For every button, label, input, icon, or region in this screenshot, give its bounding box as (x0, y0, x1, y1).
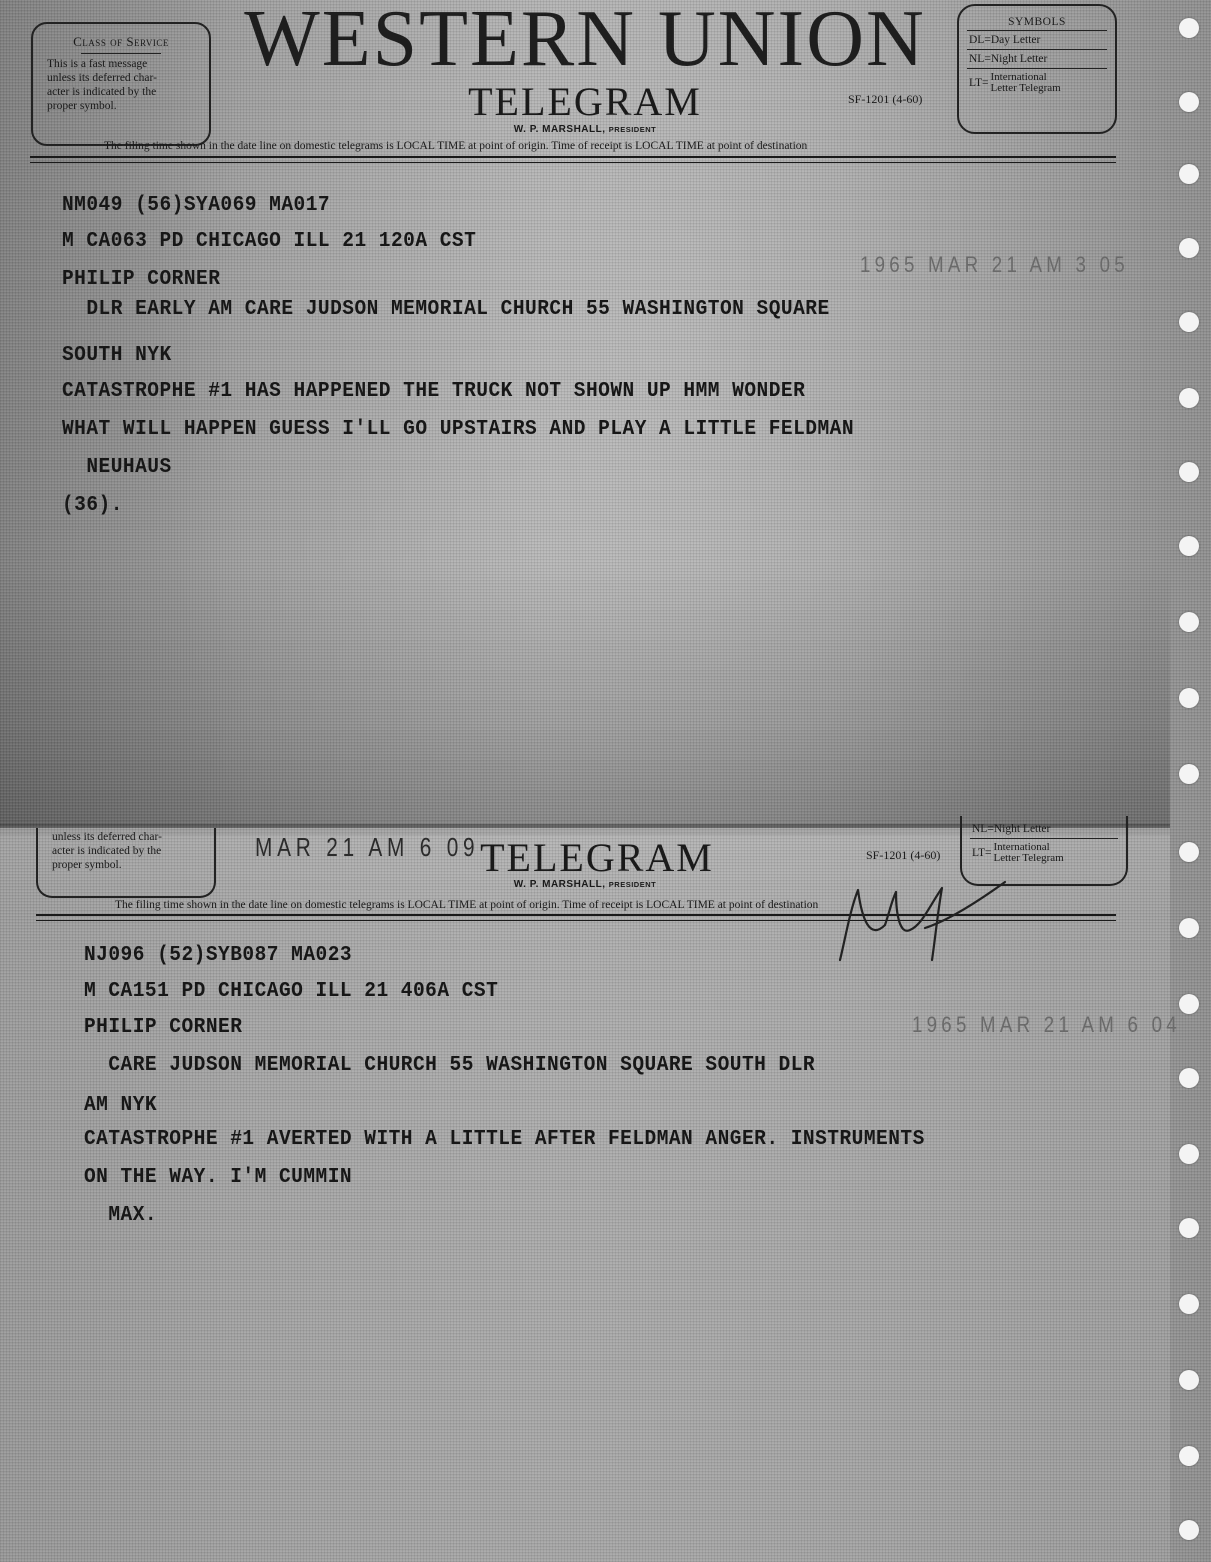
sprocket-hole-icon (1179, 688, 1199, 708)
message-line: NM049 (56)SYA069 MA017 (62, 194, 330, 217)
president-title: PRESIDENT (609, 125, 656, 134)
telegram-1-body: NM049 (56)SYA069 MA017 M CA063 PD CHICAG… (62, 194, 111, 447)
symbols-box-partial: NL=Night Letter LT= International Letter… (960, 816, 1128, 886)
message-line: CATASTROPHE #1 HAS HAPPENED THE TRUCK NO… (62, 380, 805, 403)
header-date-stamp: MAR 21 AM 6 09 (255, 832, 479, 863)
class-of-service-box: Class of Service This is a fast message … (31, 22, 211, 146)
cos-line: proper symbol. (47, 99, 195, 113)
symbol-lt: LT= International Letter Telegram (970, 839, 1118, 867)
receipt-stamp-2: 1965 MAR 21 AM 6 04 (912, 1012, 1181, 1038)
sprocket-hole-icon (1179, 1218, 1199, 1238)
symbol-meaning: Night Letter (991, 53, 1048, 65)
address-line: DLR EARLY AM CARE JUDSON MEMORIAL CHURCH… (62, 298, 830, 321)
sender-line: NEUHAUS (62, 456, 172, 479)
sprocket-hole-icon (1179, 1446, 1199, 1466)
president-title: PRESIDENT (609, 880, 656, 889)
message-line: NJ096 (52)SYB087 MA023 (84, 944, 352, 967)
filing-time-notice-2: The filing time shown in the date line o… (115, 899, 818, 911)
cos-line: acter is indicated by the (52, 844, 202, 858)
class-of-service-title: Class of Service (33, 34, 209, 50)
address-line: CARE JUDSON MEMORIAL CHURCH 55 WASHINGTO… (84, 1054, 815, 1077)
address-line: SOUTH NYK (62, 344, 172, 367)
address-line: AM NYK (84, 1094, 157, 1117)
symbol-meaning: International Letter Telegram (994, 842, 1064, 864)
president-name: W. P. MARSHALL, (514, 124, 606, 135)
symbol-code: NL (972, 823, 987, 835)
sprocket-hole-icon (1179, 764, 1199, 784)
telegram-2-body: NJ096 (52)SYB087 MA023 M CA151 PD CHICAG… (84, 944, 133, 1174)
message-line: WHAT WILL HAPPEN GUESS I'LL GO UPSTAIRS … (62, 418, 854, 441)
symbol-code: DL (969, 34, 984, 46)
fold-shadow (0, 560, 1170, 835)
symbol-nl: NL=Night Letter (970, 820, 1118, 839)
symbol-meaning: Day Letter (991, 34, 1041, 46)
sprocket-hole-icon (1179, 92, 1199, 112)
sprocket-hole-icon (1179, 462, 1199, 482)
cos-line: unless its deferred char- (47, 71, 195, 85)
handwritten-initials-icon (830, 880, 1030, 970)
president-name: W. P. MARSHALL, (514, 879, 606, 890)
sprocket-hole-icon (1179, 994, 1199, 1014)
symbol-meaning: International Letter Telegram (991, 72, 1061, 94)
sprocket-hole-icon (1179, 536, 1199, 556)
cos-line: unless its deferred char- (52, 830, 202, 844)
president-line-2: W. P. MARSHALL, PRESIDENT (470, 879, 700, 890)
sprocket-hole-icon (1179, 164, 1199, 184)
symbol-code: LT (972, 847, 985, 859)
message-line: ON THE WAY. I'M CUMMIN (84, 1166, 352, 1189)
recipient-line: PHILIP CORNER (62, 268, 220, 291)
sprocket-hole-icon (1179, 18, 1199, 38)
sender-line: MAX. (84, 1204, 157, 1227)
symbol-meaning: Night Letter (994, 823, 1051, 835)
sprocket-hole-icon (1179, 1294, 1199, 1314)
class-of-service-box-partial: unless its deferred char- acter is indic… (36, 828, 216, 898)
sprocket-hole-icon (1179, 842, 1199, 862)
sprocket-hole-icon (1179, 612, 1199, 632)
form-title: TELEGRAM (440, 80, 730, 124)
symbols-title: SYMBOLS (967, 6, 1107, 31)
cos-line: proper symbol. (52, 858, 202, 872)
recipient-line: PHILIP CORNER (84, 1016, 242, 1039)
word-count-line: (36). (62, 494, 123, 517)
sprocket-hole-icon (1179, 388, 1199, 408)
lt-line-2: Letter Telegram (994, 852, 1064, 864)
sprocket-hole-icon (1179, 1068, 1199, 1088)
symbol-lt: LT= International Letter Telegram (967, 69, 1107, 97)
telegram-page: Class of Service This is a fast message … (0, 0, 1211, 1562)
symbol-code: LT (969, 77, 982, 89)
symbols-box: SYMBOLS DL=Day Letter NL=Night Letter LT… (957, 4, 1117, 134)
president-line: W. P. MARSHALL, PRESIDENT (470, 124, 700, 135)
symbol-dl: DL=Day Letter (967, 31, 1107, 50)
cos-line: acter is indicated by the (47, 85, 195, 99)
message-line: M CA151 PD CHICAGO ILL 21 406A CST (84, 980, 498, 1003)
sprocket-hole-icon (1179, 918, 1199, 938)
receipt-stamp-1: 1965 MAR 21 AM 3 05 (860, 252, 1129, 278)
form-title-2: TELEGRAM (452, 836, 742, 880)
sprocket-hole-icon (1179, 1520, 1199, 1540)
symbol-nl: NL=Night Letter (967, 50, 1107, 69)
sprocket-hole-icon (1179, 1144, 1199, 1164)
message-line: CATASTROPHE #1 AVERTED WITH A LITTLE AFT… (84, 1128, 925, 1151)
form-code-2: SF-1201 (4-60) (866, 848, 940, 863)
class-of-service-text: This is a fast message unless its deferr… (33, 57, 209, 113)
cos-line: This is a fast message (47, 57, 195, 71)
company-title: WESTERN UNION (230, 0, 940, 84)
sprocket-hole-icon (1179, 1370, 1199, 1390)
sprocket-hole-icon (1179, 312, 1199, 332)
header-divider (30, 156, 1116, 163)
sprocket-hole-icon (1179, 238, 1199, 258)
sprocket-holes (1175, 0, 1201, 1562)
class-of-service-rule (81, 53, 160, 54)
symbol-code: NL (969, 53, 984, 65)
lt-line-2: Letter Telegram (991, 82, 1061, 94)
filing-time-notice: The filing time shown in the date line o… (104, 140, 807, 152)
message-line: M CA063 PD CHICAGO ILL 21 120A CST (62, 230, 476, 253)
form-code: SF-1201 (4-60) (848, 92, 922, 107)
